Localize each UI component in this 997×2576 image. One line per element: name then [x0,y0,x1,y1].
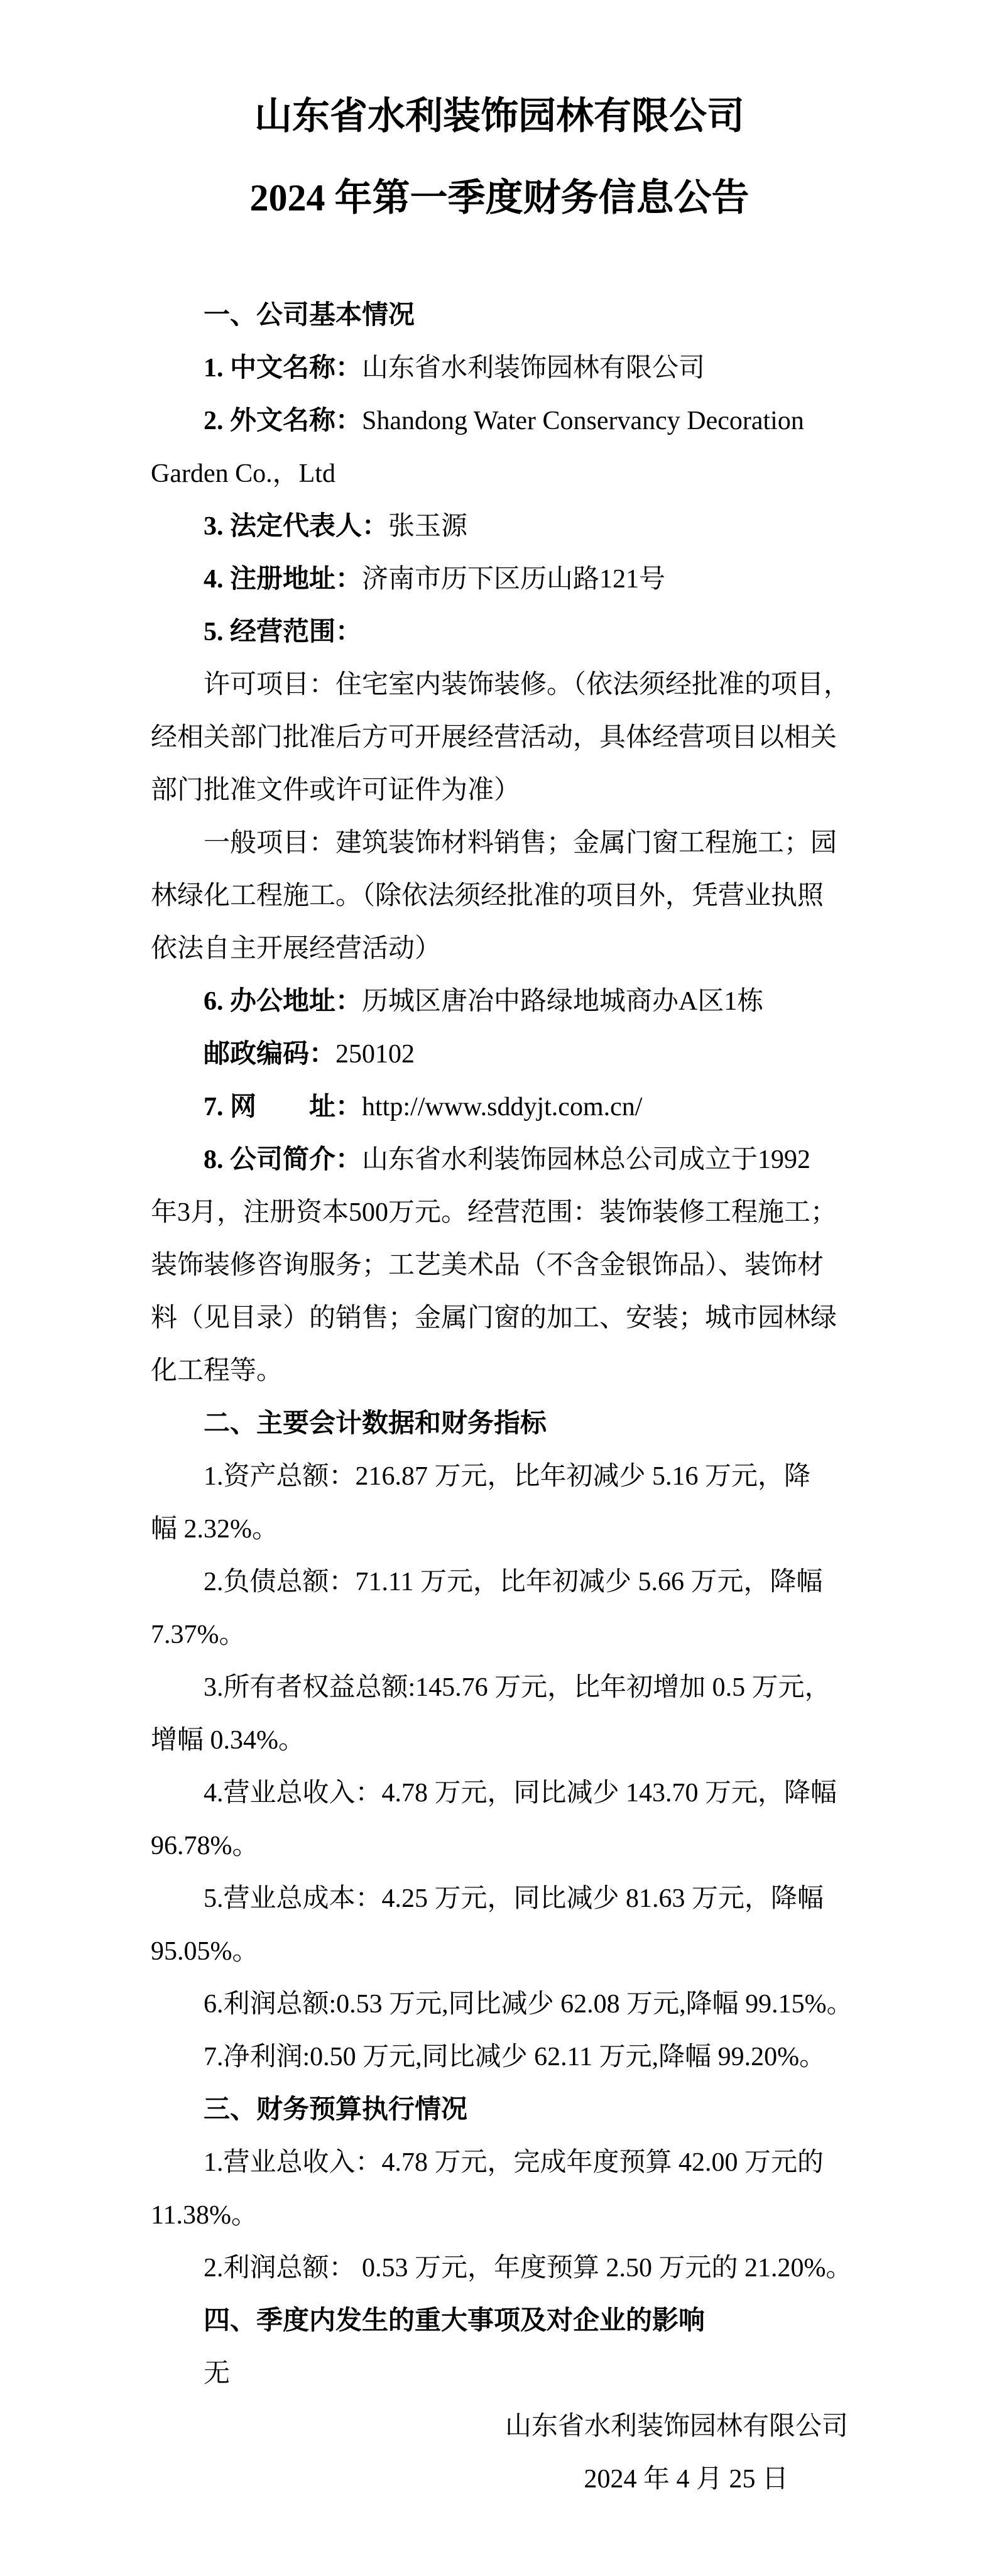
total-assets-line1: 1.资产总额：216.87 万元，比年初减少 5.16 万元，降 [151,1450,848,1503]
total-assets-line2: 幅 2.32%。 [151,1503,848,1556]
document-body: 一、公司基本情况 1. 中文名称：山东省水利装饰园林有限公司 2. 外文名称：S… [151,289,848,2506]
general-projects-line3: 依法自主开展经营活动） [151,922,848,975]
item-website: 7. 网 址：http://www.sddyjt.com.cn/ [151,1081,848,1133]
licensed-projects-line3: 部门批准文件或许可证件为准） [151,764,848,817]
item-company-profile-line2: 年3月，注册资本500万元。经营范围：装饰装修工程施工； [151,1186,848,1239]
total-liabilities-line1: 2.负债总额：71.11 万元，比年初减少 5.66 万元，降幅 [151,1556,848,1608]
total-cost-line2: 95.05%。 [151,1925,848,1978]
item-postal-code: 邮政编码：250102 [151,1028,848,1081]
section-3-heading: 三、财务预算执行情况 [151,2083,848,2136]
item-office-address: 6. 办公地址：历城区唐冶中路绿地城商办A区1栋 [151,975,848,1028]
item-business-scope-label: 5. 经营范围： [151,606,848,658]
major-events-none: 无 [151,2347,848,2400]
document-title-company: 山东省水利装饰园林有限公司 [151,75,848,157]
general-projects-line2: 林绿化工程施工。（除依法须经批准的项目外，凭营业执照 [151,870,848,922]
total-revenue-line2: 96.78%。 [151,1820,848,1872]
total-liabilities-line2: 7.37%。 [151,1608,848,1661]
document-title-report: 2024 年第一季度财务信息公告 [151,157,848,239]
item-company-profile-line5: 化工程等。 [151,1345,848,1397]
item-english-name-line2: Garden Co.，Ltd [151,447,848,500]
total-profit: 6.利润总额:0.53 万元,同比减少 62.08 万元,降幅 99.15%。 [151,1978,848,2031]
signature-date: 2024 年 4 月 25 日 [151,2453,848,2506]
item-english-name-line1: 2. 外文名称：Shandong Water Conservancy Decor… [151,395,848,447]
total-revenue-line1: 4.营业总收入：4.78 万元，同比减少 143.70 万元，降幅 [151,1767,848,1820]
general-projects-line1: 一般项目：建筑装饰材料销售；金属门窗工程施工；园 [151,817,848,870]
item-chinese-name: 1. 中文名称：山东省水利装饰园林有限公司 [151,342,848,395]
item-legal-representative: 3. 法定代表人：张玉源 [151,500,848,553]
licensed-projects-line1: 许可项目：住宅室内装饰装修。（依法须经批准的项目， [151,658,848,711]
owners-equity-line2: 增幅 0.34%。 [151,1714,848,1767]
document-page: 山东省水利装饰园林有限公司 2024 年第一季度财务信息公告 一、公司基本情况 … [0,0,997,2576]
budget-revenue-line2: 11.38%。 [151,2189,848,2242]
total-cost-line1: 5.营业总成本：4.25 万元，同比减少 81.63 万元，降幅 [151,1872,848,1925]
budget-profit: 2.利润总额： 0.53 万元，年度预算 2.50 万元的 21.20%。 [151,2242,848,2295]
budget-revenue-line1: 1.营业总收入：4.78 万元，完成年度预算 42.00 万元的 [151,2136,848,2189]
section-2-heading: 二、主要会计数据和财务指标 [151,1397,848,1450]
section-4-heading: 四、季度内发生的重大事项及对企业的影响 [151,2295,848,2347]
owners-equity-line1: 3.所有者权益总额:145.76 万元，比年初增加 0.5 万元， [151,1661,848,1714]
signature-company-name: 山东省水利装饰园林有限公司 [151,2400,848,2453]
item-company-profile-line4: 料（见目录）的销售；金属门窗的加工、安装；城市园林绿 [151,1292,848,1345]
net-profit: 7.净利润:0.50 万元,同比减少 62.11 万元,降幅 99.20%。 [151,2031,848,2083]
section-1-heading: 一、公司基本情况 [151,289,848,342]
item-registered-address: 4. 注册地址：济南市历下区历山路121号 [151,553,848,606]
licensed-projects-line2: 经相关部门批准后方可开展经营活动，具体经营项目以相关 [151,711,848,764]
item-company-profile-line1: 8. 公司简介：山东省水利装饰园林总公司成立于1992 [151,1133,848,1186]
item-company-profile-line3: 装饰装修咨询服务；工艺美术品（不含金银饰品）、装饰材 [151,1239,848,1292]
